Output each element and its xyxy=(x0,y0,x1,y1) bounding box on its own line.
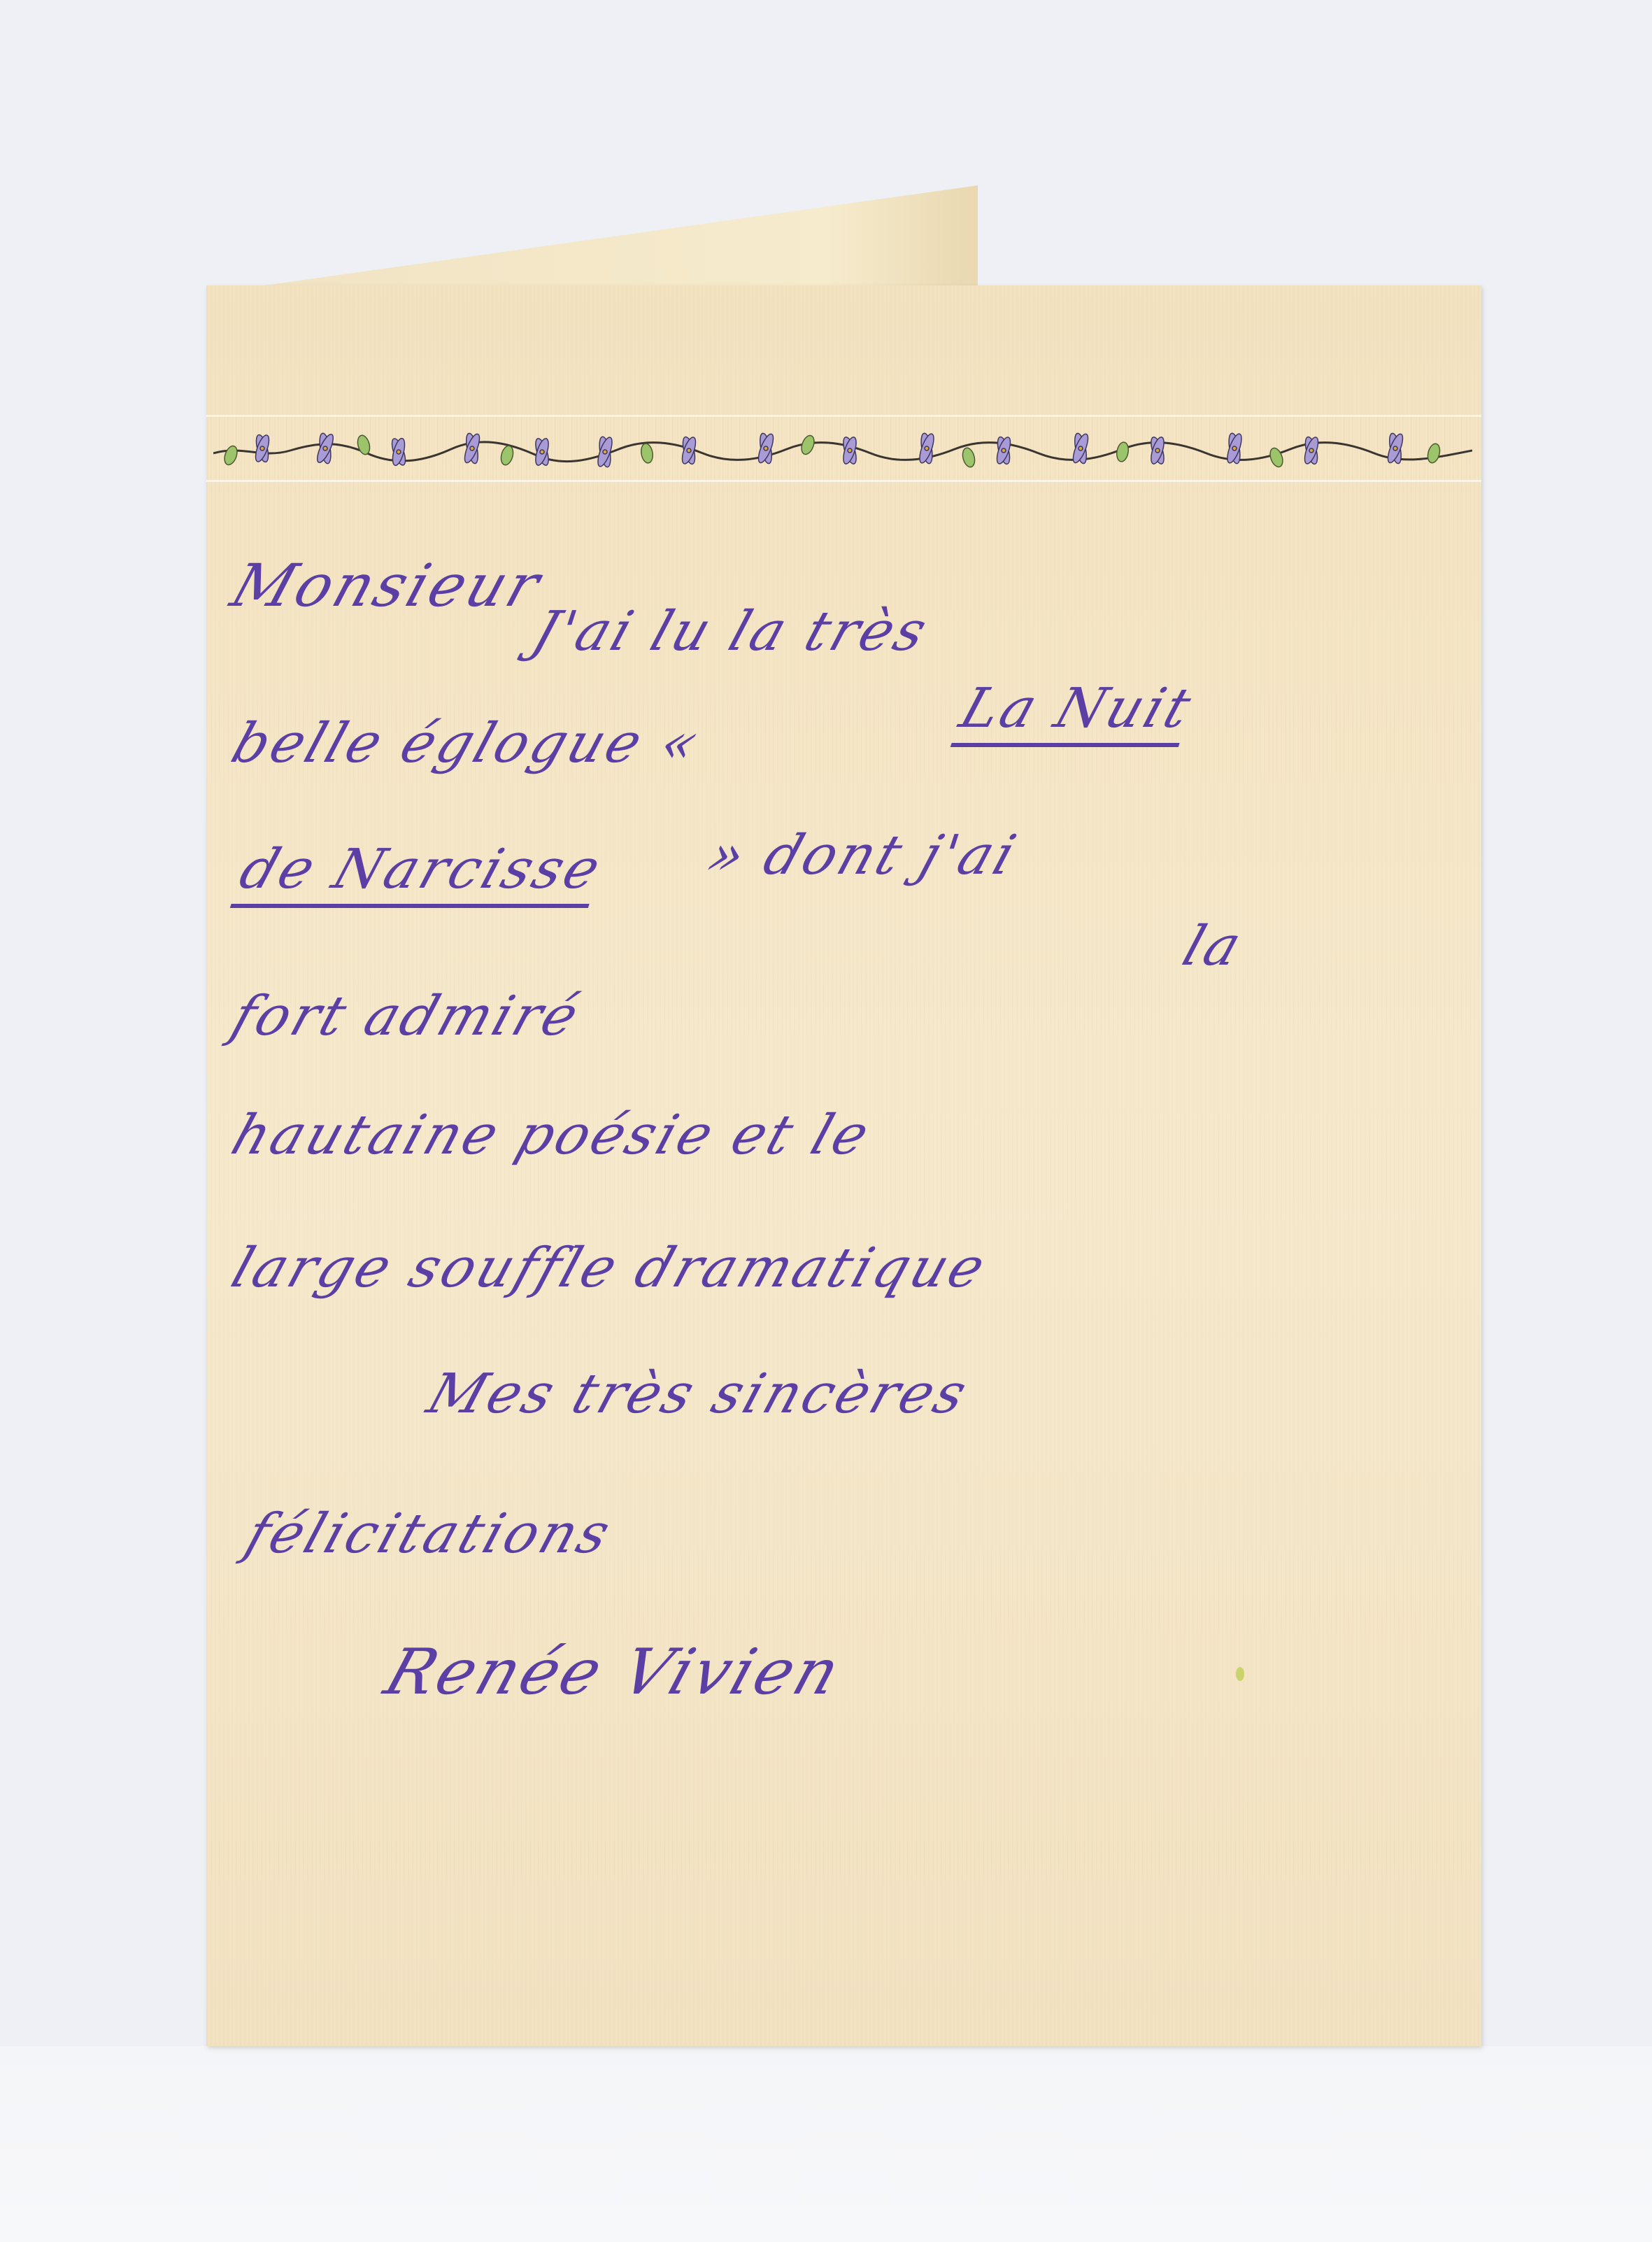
letter-line-4b: la xyxy=(1175,915,1251,978)
title-la-nuit: La Nuit xyxy=(950,677,1201,747)
salutation: Monsieur xyxy=(223,551,550,620)
letter-line-6: large souffle dramatique xyxy=(224,1237,995,1300)
handwritten-letter: Monsieur J'ai lu la très belle églogue «… xyxy=(206,285,1481,2046)
title-de-narcisse: de Narcisse xyxy=(230,838,611,908)
letter-line-5: hautaine poésie et le xyxy=(224,1104,879,1167)
letter-line-7: Mes très sincères xyxy=(420,1363,976,1426)
signature: Renée Vivien xyxy=(376,1636,851,1709)
letter-line-2a: belle églogue « xyxy=(224,712,708,775)
table-surface xyxy=(0,2046,1652,2242)
letter-line-3b: » dont j'ai xyxy=(699,824,1025,887)
letter-line-4a: fort admiré xyxy=(224,985,588,1048)
card-back-flap xyxy=(229,185,978,290)
letter-line-8: félicitations xyxy=(238,1503,620,1566)
letter-line-1: J'ai lu la très xyxy=(525,600,937,663)
letter-card: Monsieur J'ai lu la très belle églogue «… xyxy=(206,285,1481,2046)
paper-stain xyxy=(1236,1667,1244,1681)
